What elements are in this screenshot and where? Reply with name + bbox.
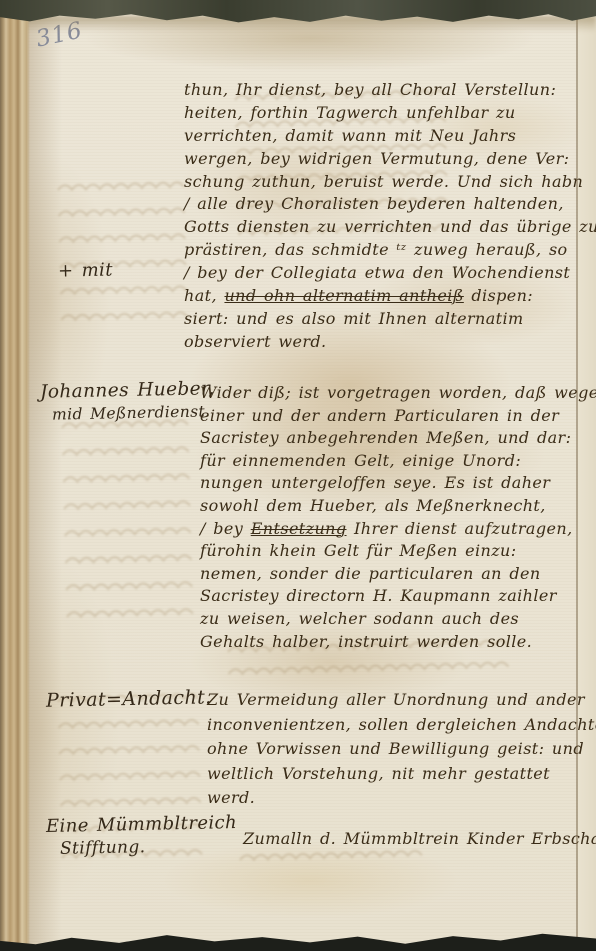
manuscript-line: fürohin khein Gelt für Meßen einzu: [200,541,596,564]
manuscript-line: nungen untergeloffen seye. Es ist daher [200,473,596,496]
manuscript-line: schung zuthun, beruist werde. Und sich h… [184,172,596,195]
margin-note-insertion-mit: + mit [58,259,113,281]
manuscript-line: siert: und es also mit Ihnen alternatim [184,309,596,332]
margin-note-stiftung-1: Eine Mümmbltreich [46,812,237,837]
manuscript-line: wergen, bey widrigen Vermutung, dene Ver… [184,149,596,172]
manuscript-section-stiftung: Zumalln d. Mümmbltrein Kinder Erbschaft,… [243,829,596,848]
line-post: Ihrer dienst aufzutragen, [347,519,573,538]
manuscript-line: inconvenientzen, sollen dergleichen Anda… [207,715,596,740]
manuscript-line-with-strikethrough: hat, und ohn alternatim antheiß dispen: [184,286,596,309]
manuscript-line: weltlich Vorstehung, nit mehr gestattet [207,764,596,789]
struck-text: Entsetzung [251,519,347,538]
manuscript-line: Wider diß; ist vorgetragen worden, daß w… [200,383,596,406]
manuscript-line: Sacristey anbegehrenden Meßen, und dar: [200,428,596,451]
struck-text: und ohn alternatim antheiß [224,286,463,305]
manuscript-line: Zumalln d. Mümmbltrein Kinder Erbschaft,… [243,829,596,848]
margin-note-privat-andacht: Privat=Andacht. [46,686,212,711]
line-post: dispen: [464,286,533,305]
page-fold-crease [576,10,578,942]
margin-note-johannes-hueber: Johannes Hueber, [40,378,215,403]
manuscript-line: verrichten, damit wann mit Neu Jahrs [184,126,596,149]
manuscript-line: / alle drey Choralisten beyderen haltend… [184,194,596,217]
binding-shadow [28,0,62,951]
manuscript-line: Sacristey directorn H. Kaupmann zaihler [200,586,596,609]
manuscript-line: zu weisen, welcher sodann auch des [200,609,596,632]
manuscript-line-with-strikethrough: / bey Entsetzung Ihrer dienst aufzutrage… [200,519,596,542]
manuscript-line: ohne Vorwissen und Bewilligung geist: un… [207,739,596,764]
manuscript-line: heiten, forthin Tagwerch unfehlbar zu [184,103,596,126]
manuscript-line: nemen, sonder die particularen an den [200,564,596,587]
manuscript-line: Gotts diensten zu verrichten und das übr… [184,217,596,240]
manuscript-line: einer und der andern Particularen in der [200,406,596,429]
book-binding-edge [0,0,30,951]
manuscript-section-hueber: Wider diß; ist vorgetragen worden, daß w… [200,383,596,654]
margin-note-stiftung-2: Stifftung. [60,837,146,859]
manuscript-line: für einnemenden Gelt, einige Unord: [200,451,596,474]
manuscript-line: prästiren, das schmidte ᵗᶻ zuweg herauß,… [184,240,596,263]
manuscript-section-privat-andacht: Zu Vermeidung aller Unordnung und ander … [207,690,596,813]
manuscript-section-choral: thun, Ihr dienst, bey all Choral Verstel… [184,80,596,355]
manuscript-line: Zu Vermeidung aller Unordnung und ander [207,690,596,715]
manuscript-line: observiert werd. [184,332,596,355]
manuscript-line: Gehalts halber, instruirt werden solle. [200,632,596,655]
manuscript-line: werd. [207,788,596,813]
line-pre: / bey [200,519,251,538]
line-pre: hat, [184,286,224,305]
manuscript-page: 316 + mit Johannes Hueber, mid Meßnerdie… [0,0,596,951]
margin-note-messnerdienst: mid Meßnerdienst. [52,402,211,423]
manuscript-line: / bey der Collegiata etwa den Wochendien… [184,263,596,286]
manuscript-line: sowohl dem Hueber, als Meßnerknecht, [200,496,596,519]
manuscript-line: thun, Ihr dienst, bey all Choral Verstel… [184,80,596,103]
